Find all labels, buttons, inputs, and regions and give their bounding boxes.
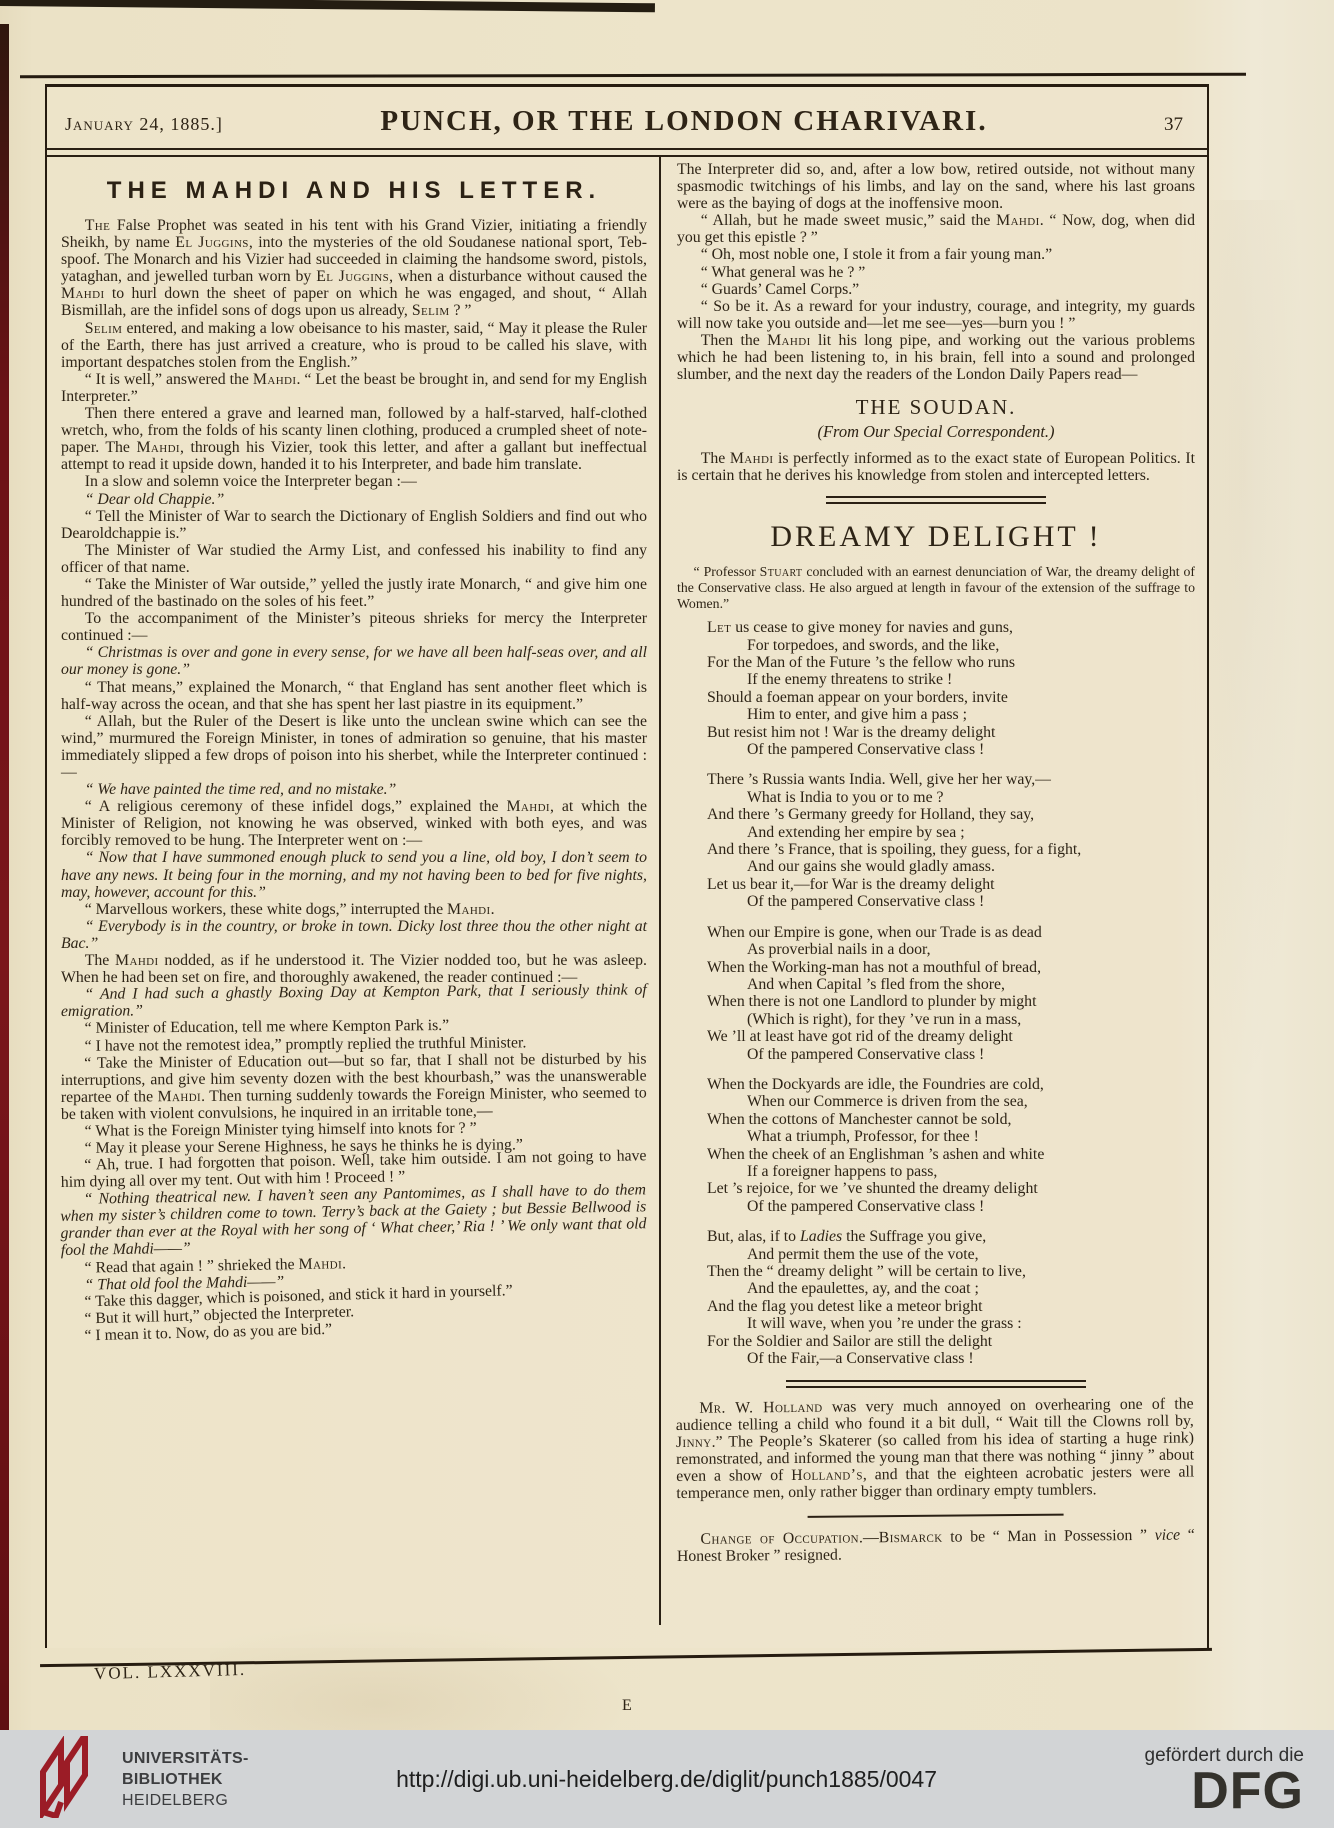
poem-line: If a foreigner happens to pass, [707,1163,1195,1180]
poem-line: We ’ll at least have got rid of the drea… [707,1028,1195,1045]
soudan-paragraphs: The Mahdi is perfectly informed as to th… [677,450,1195,484]
poem-line: And there ’s France, that is spoiling, t… [707,841,1195,858]
paragraph: In a slow and solemn voice the Interpret… [61,473,647,490]
paragraph: “ Nothing theatrical new. I haven’t seen… [60,1182,647,1260]
page-header: January 24, 1885.] PUNCH, OR THE LONDON … [47,87,1207,142]
poem-line: For the Soldier and Sailor are still the… [707,1333,1195,1350]
poem-line: Of the pampered Conservative class ! [707,1046,1195,1063]
poem-line: Him to enter, and give him a pass ; [707,706,1195,723]
poem-line: And the epaulettes, ay, and the coat ; [707,1280,1195,1297]
dreamy-delight-title: DREAMY DELIGHT ! [677,520,1195,554]
scanned-page: January 24, 1885.] PUNCH, OR THE LONDON … [0,0,1334,1730]
soudan-byline: (From Our Special Correspondent.) [677,422,1195,442]
left-column: THE MAHDI AND HIS LETTER. The False Prop… [47,157,659,1625]
poem-line: Then the “ dreamy delight ” will be cert… [707,1263,1195,1280]
paragraph: The Minister of War studied the Army Lis… [61,542,647,576]
library-logo-block: UNIVERSITÄTS- BIBLIOTHEK HEIDELBERG [34,1736,249,1823]
change-of-occupation-paragraph: Change of Occupation.—Bismarck to be “ M… [677,1526,1195,1565]
section-divider [808,1514,1064,1518]
poem-line: And when Capital ’s fled from the shore, [707,976,1195,993]
paragraph: “ A religious ceremony of these infidel … [61,798,647,849]
poem-line: There ’s Russia wants India. Well, give … [707,771,1195,788]
columns: THE MAHDI AND HIS LETTER. The False Prop… [47,157,1207,1625]
poem-line: For the Man of the Future ’s the fellow … [707,654,1195,671]
paragraph: “ Allah, but he made sweet music,” said … [677,212,1195,246]
paragraph: “ Guards’ Camel Corps.” [677,281,1195,298]
library-name-line3: HEIDELBERG [122,1790,249,1811]
dreamy-section: DREAMY DELIGHT ! “ Professor Stuart conc… [677,520,1195,1367]
poem-line: And our gains she would gladly amass. [707,858,1195,875]
paragraph: “ Oh, most noble one, I stole it from a … [677,246,1195,263]
digitization-url: http://digi.ub.uni-heidelberg.de/diglit/… [249,1766,1145,1793]
paragraph: Selim entered, and making a low obeisanc… [61,320,647,371]
paragraph: Then there entered a grave and learned m… [61,405,647,473]
poem-line: When the cottons of Manchester cannot be… [707,1111,1195,1128]
section-divider [826,496,1046,504]
paragraph: “ Take the Minister of War outside,” yel… [61,576,647,610]
paragraph: “ Allah, but the Ruler of the Desert is … [61,713,647,781]
poem-line: When our Empire is gone, when our Trade … [707,924,1195,941]
paragraph: “ We have painted the time red, and no m… [61,781,647,798]
poem-line: And there ’s Germany greedy for Holland,… [707,806,1195,823]
poem-line: It will wave, when you ’re under the gra… [707,1315,1195,1332]
paragraph: “ Christmas is over and gone in every se… [61,644,647,678]
poem-line: But, alas, if to Ladies the Suffrage you… [707,1228,1195,1245]
right-column-paragraphs: The Interpreter did so, and, after a low… [677,161,1195,383]
paragraph: The Mahdi nodded, as if he understood it… [61,952,647,986]
dfg-logo: DFG [1145,1769,1305,1813]
paragraph: “ Marvellous workers, these white dogs,”… [61,901,647,918]
binding-spine [0,24,9,1730]
poem-line: And extending her empire by sea ; [707,824,1195,841]
left-column-paragraphs: The False Prophet was seated in his tent… [61,217,647,1345]
poem-line: For torpedoes, and swords, and the like, [707,637,1195,654]
soudan-section: THE SOUDAN. (From Our Special Correspond… [677,395,1195,484]
library-name-line2: BIBLIOTHEK [122,1769,249,1790]
poem-line: (Which is right), for they ’ve run in a … [707,1011,1195,1028]
paragraph: “ And I had such a ghastly Boxing Day at… [61,982,647,1021]
right-column: The Interpreter did so, and, after a low… [661,157,1207,1625]
paragraph: “ What general was he ? ” [677,264,1195,281]
section-divider [786,1380,1086,1388]
stanza: But, alas, if to Ladies the Suffrage you… [707,1228,1195,1367]
funding-block: gefördert durch die DFG [1145,1745,1305,1813]
soudan-title: THE SOUDAN. [677,395,1195,420]
poem-line: If the enemy threatens to strike ! [707,671,1195,688]
poem-line: When the Working-man has not a mouthful … [707,959,1195,976]
issue-date: January 24, 1885.] [65,114,305,135]
poem-line: Let us cease to give money for navies an… [707,619,1195,636]
stanza: Let us cease to give money for navies an… [707,619,1195,758]
library-name-line1: UNIVERSITÄTS- [122,1748,249,1769]
adjacent-page-edge [0,0,655,12]
poem-line: Of the pampered Conservative class ! [707,893,1195,910]
stanza: When our Empire is gone, when our Trade … [707,924,1195,1063]
bottom-items: Mr. W. Holland was very much annoyed on … [676,1396,1195,1565]
poem-line: When the cheek of an Englishman ’s ashen… [707,1146,1195,1163]
poem-line: Should a foeman appear on your borders, … [707,689,1195,706]
paragraph: To the accompaniment of the Minister’s p… [61,610,647,644]
poem-line: Of the Fair,—a Conservative class ! [707,1350,1195,1367]
paragraph: “ Tell the Minister of War to search the… [61,508,647,542]
catchword: E [622,1697,632,1715]
paragraph: The Mahdi is perfectly informed as to th… [677,450,1195,484]
poem-line: As proverbial nails in a door, [707,941,1195,958]
poem: Let us cease to give money for navies an… [707,619,1195,1367]
dreamy-intro: “ Professor Stuart concluded with an ear… [677,564,1195,611]
poem-line: Let ’s rejoice, for we ’ve shunted the d… [707,1180,1195,1197]
stanza: When the Dockyards are idle, the Foundri… [707,1076,1195,1215]
poem-line: What a triumph, Professor, for thee ! [707,1128,1195,1145]
article-title: THE MAHDI AND HIS LETTER. [61,177,647,205]
page-frame: January 24, 1885.] PUNCH, OR THE LONDON … [45,84,1209,1648]
paragraph: The False Prophet was seated in his tent… [61,217,647,320]
outer-border-rule [20,73,1246,79]
poem-line: What is India to you or to me ? [707,789,1195,806]
volume-label: VOL. LXXXVIII. [94,1660,247,1684]
header-rule [47,148,1207,157]
page-number: 37 [1063,114,1191,136]
poem-line: Of the pampered Conservative class ! [707,741,1195,758]
poem-line: But resist him not ! War is the dreamy d… [707,724,1195,741]
poem-line: Let us bear it,—for War is the dreamy de… [707,876,1195,893]
masthead-title: PUNCH, OR THE LONDON CHARIVARI. [305,105,1063,138]
viewer-footer-bar: UNIVERSITÄTS- BIBLIOTHEK HEIDELBERG http… [0,1730,1334,1828]
holland-paragraph: Mr. W. Holland was very much annoyed on … [676,1396,1195,1503]
poem-line: When there is not one Landlord to plunde… [707,993,1195,1010]
paragraph: “ Now that I have summoned enough pluck … [61,849,647,900]
poem-line: And the flag you detest like a meteor br… [707,1298,1195,1315]
paragraph: “ Everybody is in the country, or broke … [61,918,647,952]
poem-line: And permit them the use of the vote, [707,1246,1195,1263]
library-name: UNIVERSITÄTS- BIBLIOTHEK HEIDELBERG [122,1748,249,1811]
paragraph: “ Take the Minister of Education out—but… [60,1050,647,1123]
paragraph: Then the Mahdi lit his long pipe, and wo… [677,332,1195,383]
paragraph: “ So be it. As a reward for your industr… [677,298,1195,332]
paragraph: “ It is well,” answered the Mahdi. “ Let… [61,371,647,405]
stanza: There ’s Russia wants India. Well, give … [707,771,1195,910]
paragraph: “ That means,” explained the Monarch, “ … [61,679,647,713]
paragraph: “ Dear old Chappie.” [61,491,647,508]
poem-line: When the Dockyards are idle, the Foundri… [707,1076,1195,1093]
poem-line: Of the pampered Conservative class ! [707,1198,1195,1215]
paragraph: The Interpreter did so, and, after a low… [677,161,1195,212]
poem-line: When our Commerce is driven from the sea… [707,1093,1195,1110]
ub-heidelberg-books-icon [34,1736,108,1823]
